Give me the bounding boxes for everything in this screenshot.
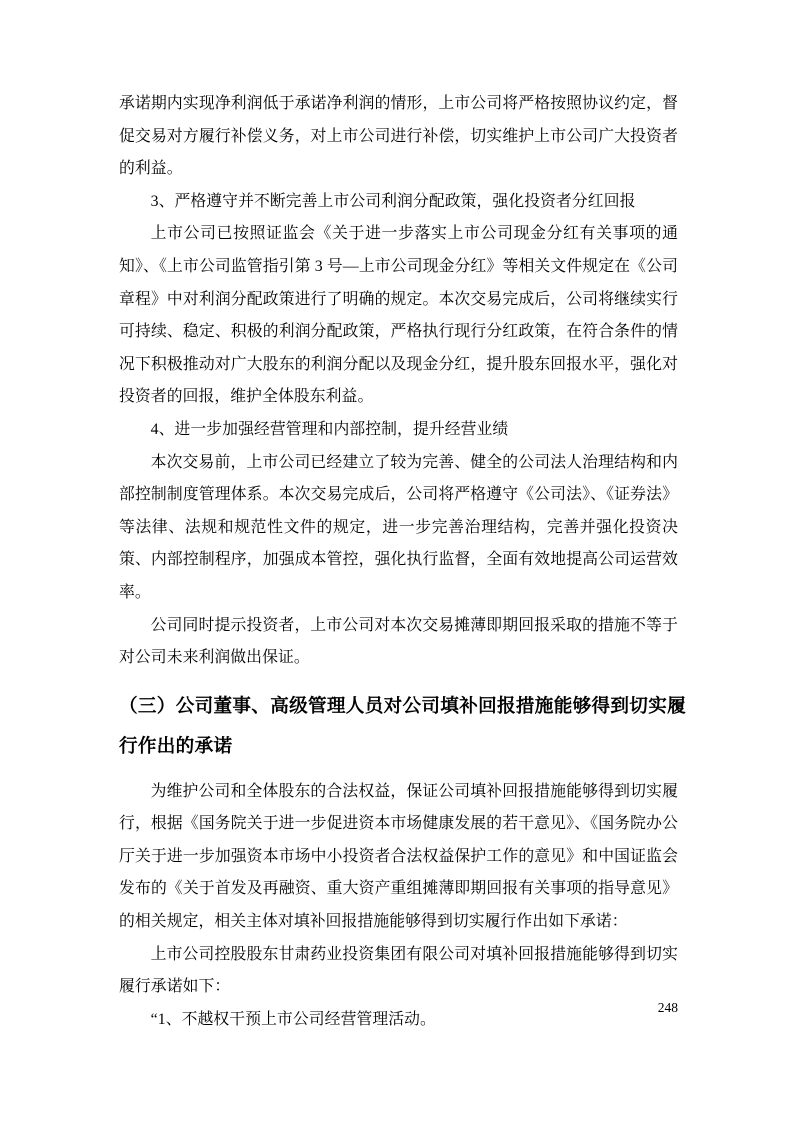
document-content: 承诺期内实现净利润低于承诺净利润的情形，上市公司将严格按照协议约定，督促交易对方… [119,88,678,1036]
document-page: 承诺期内实现净利润低于承诺净利润的情形，上市公司将严格按照协议约定，督促交易对方… [0,0,793,1122]
page-number: 248 [119,1000,678,1016]
paragraph-continuation: 承诺期内实现净利润低于承诺净利润的情形，上市公司将严格按照协议约定，督促交易对方… [119,88,678,186]
numbered-item-3: 3、严格遵守并不断完善上市公司利润分配政策，强化投资者分红回报 [119,186,678,219]
paragraph: 本次交易前，上市公司已经建立了较为完善、健全的公司法人治理结构和内部控制制度管理… [119,447,678,610]
numbered-item-4: 4、进一步加强经营管理和内部控制，提升经营业绩 [119,414,678,447]
paragraph: 上市公司已按照证监会《关于进一步落实上市公司现金分红有关事项的通知》、《上市公司… [119,218,678,414]
section-heading: （三）公司董事、高级管理人员对公司填补回报措施能够得到切实履行作出的承诺 [119,686,686,766]
paragraph: 为维护公司和全体股东的合法权益，保证公司填补回报措施能够得到切实履行，根据《国务… [119,776,678,939]
paragraph: 上市公司控股股东甘肃药业投资集团有限公司对填补回报措施能够得到切实履行承诺如下： [119,939,678,1004]
paragraph: 公司同时提示投资者，上市公司对本次交易摊薄即期回报采取的措施不等于对公司未来利润… [119,610,678,675]
